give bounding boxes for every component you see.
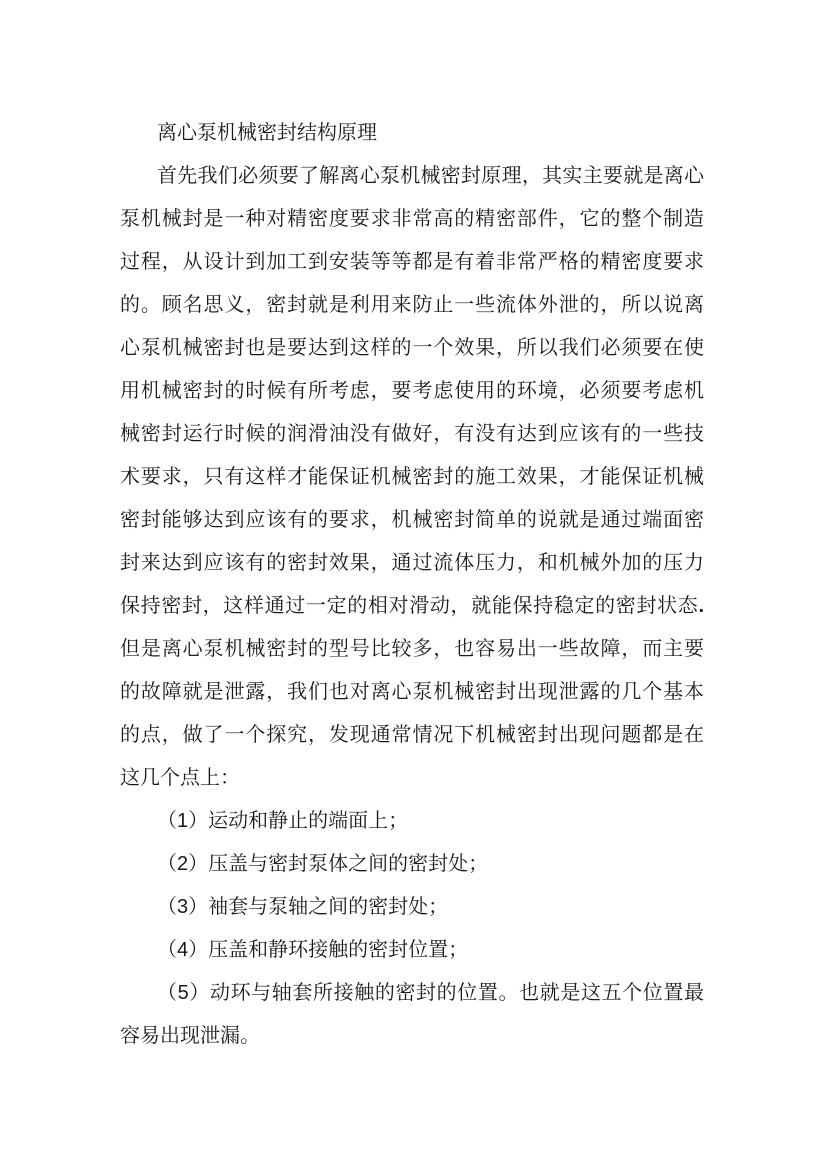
body-line: 密封能够达到应该有的要求，机械密封简单的说就是通过端面密	[120, 499, 704, 542]
body-line-text: 保持密封，这样通过一定的相对滑动，就能保持稳定的密封状态	[120, 595, 698, 617]
body-line: 用机械密封的时候有所考虑，要考虑使用的环境，必须要考虑机	[120, 370, 704, 413]
body-line: 械密封运行时候的润滑油没有做好，有没有达到应该有的一些技	[120, 413, 704, 456]
body-line: 心泵机械密封也是要达到这样的一个效果，所以我们必须要在使	[120, 327, 704, 370]
body-line: 这几个点上：	[120, 757, 704, 800]
body-line: 首先我们必须要了解离心泵机械密封原理，其实主要就是离心	[120, 155, 704, 198]
list-item: （5）动环与轴套所接触的密封的位置。也就是这五个位置最	[120, 972, 704, 1015]
bold-period: .	[698, 595, 704, 617]
body-line: 封来达到应该有的密封效果，通过流体压力，和机械外加的压力	[120, 542, 704, 585]
body-line: 泵机械封是一种对精密度要求非常高的精密部件，它的整个制造	[120, 198, 704, 241]
list-item: （1）运动和静止的端面上；	[120, 800, 704, 843]
body-line: 的故障就是泄露，我们也对离心泵机械密封出现泄露的几个基本	[120, 671, 704, 714]
body-line: 但是离心泵机械密封的型号比较多，也容易出一些故障，而主要	[120, 628, 704, 671]
list-item: （4）压盖和静环接触的密封位置；	[120, 929, 704, 972]
list-item: （3）袖套与泵轴之间的密封处；	[120, 886, 704, 929]
list-item-continuation: 容易出现泄漏。	[120, 1015, 704, 1058]
body-line: 术要求，只有这样才能保证机械密封的施工效果，才能保证机械	[120, 456, 704, 499]
body-line: 过程，从设计到加工到安装等等都是有着非常严格的精密度要求	[120, 241, 704, 284]
document-title: 离心泵机械密封结构原理	[120, 112, 704, 155]
document-page: 离心泵机械密封结构原理 首先我们必须要了解离心泵机械密封原理，其实主要就是离心 …	[0, 0, 826, 1169]
list-item: （2）压盖与密封泵体之间的密封处；	[120, 843, 704, 886]
body-line: 的。顾名思义，密封就是利用来防止一些流体外泄的，所以说离	[120, 284, 704, 327]
body-line: 的点，做了一个探究，发现通常情况下机械密封出现问题都是在	[120, 714, 704, 757]
document-content: 离心泵机械密封结构原理 首先我们必须要了解离心泵机械密封原理，其实主要就是离心 …	[120, 112, 704, 1058]
body-line-with-period: 保持密封，这样通过一定的相对滑动，就能保持稳定的密封状态.	[120, 585, 704, 628]
